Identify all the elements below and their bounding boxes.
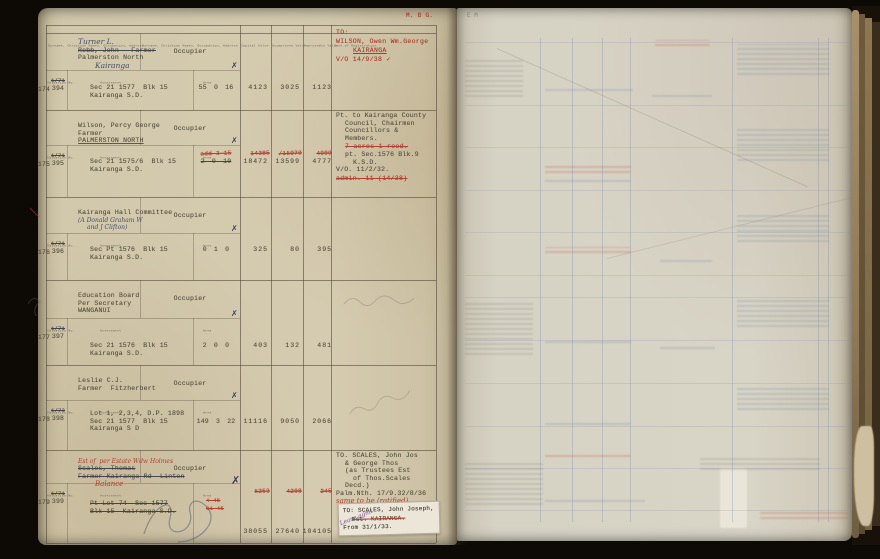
note-line: Palm.Nth. 17/9.32/8/36 [336, 490, 436, 498]
bleed-through-smudge [660, 345, 715, 352]
capital-value: 38055 [238, 528, 268, 536]
name-line: Farmer Kairanga Rd Linton [78, 473, 230, 481]
stamp-line: From 31/1/33. [343, 522, 437, 533]
unimproved-value: 3025 [270, 84, 300, 92]
note-line: admin. 11 (14/38) [336, 174, 436, 183]
bleed-hline [465, 190, 850, 191]
sub-header-label: Area [203, 319, 219, 337]
note-line: Decd.) [336, 482, 436, 490]
bleed-hline [465, 275, 850, 276]
bleed-through-smudge [545, 166, 631, 176]
note-line: V/O. 11/2/32. [336, 166, 436, 174]
description-line: Kairanga S.D. [90, 254, 168, 262]
bleed-through-smudge [652, 93, 712, 100]
name-line: Turner L. [78, 38, 230, 47]
occupation: Occupier [140, 48, 240, 56]
bleed-through-smudge [545, 338, 631, 346]
unimproved-value: 27640 [270, 528, 300, 536]
left-page: M. B G. Surname, Christian Names, Occupa… [38, 8, 457, 545]
capital-value: 11116 [238, 418, 268, 426]
improvements-value: 4777 [302, 158, 332, 166]
bleed-through-smudge [545, 452, 631, 460]
name-line: WANGANUI [78, 307, 230, 315]
capital-value: 403 [238, 342, 268, 350]
red-value-correction: 5253 [238, 486, 270, 496]
table-vline [240, 25, 241, 543]
improvements-value: 104105 [302, 528, 332, 536]
table-hline [46, 110, 436, 111]
pencil-note [342, 379, 426, 424]
name-line: Est of per Estate Wdw Holmes [78, 458, 230, 465]
occupation: Occupier [140, 295, 240, 303]
column-header-capital-value: Capital Value [241, 34, 272, 42]
bleed-through-smudge [545, 497, 645, 505]
sub-header-label: Area [203, 401, 219, 419]
description-line: Kairanga S D [90, 425, 184, 433]
note-line: & George Thos [336, 460, 436, 468]
cross-mark: ✗ [231, 474, 240, 487]
note-line: WILSON, Owen Wm.George [336, 37, 436, 46]
sub-header-label: Assessment [100, 319, 141, 337]
note-line: KAIRANGA [336, 46, 436, 55]
page-corner-mark-red: M. B G. [406, 11, 433, 20]
column-header-improvements-value: Improvemts Value [304, 34, 332, 42]
bleed-hline [465, 297, 850, 298]
improvements-value: 395 [302, 246, 332, 254]
red-value-correction: 4999 [302, 148, 332, 158]
area-value: 2 0 0 [193, 342, 239, 350]
note-line: K.S.D. [336, 159, 436, 167]
occupation: Occupier [140, 380, 240, 388]
torn-page-corner [854, 426, 874, 526]
note-line: TO: [336, 28, 436, 37]
photograph-background: M. B G. Surname, Christian Names, Occupa… [0, 0, 880, 559]
table-hline [46, 450, 436, 451]
table-vline [436, 25, 437, 543]
bleed-through-smudge [465, 60, 523, 100]
unimproved-value: 132 [270, 342, 300, 350]
capital-value: 4123 [238, 84, 268, 92]
note-line: TO. SCALES, John Jos [336, 452, 436, 460]
description-line: Kairanga S.D. [90, 350, 168, 358]
note-line: Council, Chairmen [336, 120, 436, 128]
area-value: 0 1 0 [193, 246, 239, 254]
note-block: Pt. to Kairanga CountyCouncil, ChairmenC… [336, 112, 436, 183]
cross-mark: ✗ [231, 224, 238, 233]
description-line: Pt Lot 74 Sec 1577 [90, 500, 176, 508]
sub-header-label: Valuation No. [47, 319, 100, 337]
description-block: Sec 21 1577 Blk 15Kairanga S.D. [90, 84, 168, 99]
red-value-correction: 14385 [238, 148, 270, 158]
name-line: and J Clifton) [78, 224, 230, 231]
bleed-through-smudge [737, 300, 829, 330]
bleed-vline [602, 38, 603, 522]
page-corner-mark-faint: E M [467, 12, 478, 19]
table-vline-area [193, 483, 194, 543]
description-line: Sec 21 1577 Blk 15 [90, 84, 168, 92]
area-red-correction: 01 45 [206, 504, 224, 513]
margin-marks [24, 200, 46, 330]
table-vline [46, 25, 47, 543]
name-line: Balance [78, 480, 230, 488]
bleed-through-smudge [700, 455, 820, 473]
description-line: Blk 15 Kairanga S.D. [90, 508, 176, 516]
unimproved-value: 9050 [270, 418, 300, 426]
table-hline [46, 280, 436, 281]
note-line: pt. Sec.1576 Blk.9 [336, 151, 436, 159]
table-vline-area [193, 233, 194, 280]
bleed-vline [572, 38, 573, 522]
name-line: PALMERSTON NORTH [78, 137, 230, 145]
note-line: Councillors & [336, 127, 436, 135]
note-line: (as Trustees Est [336, 467, 436, 475]
capital-value: 325 [238, 246, 268, 254]
occupation: Occupier [140, 125, 240, 133]
bleed-hline [465, 426, 850, 427]
red-value-correction: /15070 [270, 148, 302, 158]
pencil-note [340, 288, 430, 314]
red-value-correction: add 3 15 [193, 148, 239, 159]
bleed-vline [732, 38, 733, 522]
improvements-value: 481 [302, 342, 332, 350]
bleed-through-smudge [737, 385, 829, 413]
bleed-vline [818, 38, 819, 522]
bleed-hline [465, 383, 850, 384]
red-value-correction: 4208 [270, 486, 302, 496]
improvements-value: 2066 [302, 418, 332, 426]
cross-mark: ✗ [231, 309, 238, 318]
description-block: Sec 21 1575/6 Blk 15Kairanga S.D. [90, 158, 176, 173]
bleed-vline [540, 38, 541, 522]
bleed-through-smudge [760, 510, 848, 522]
table-hline [46, 197, 436, 198]
note-block: TO:WILSON, Owen Wm.GeorgeKAIRANGAV/O 14/… [336, 28, 436, 64]
bleed-through-smudge [545, 247, 631, 256]
description-line: Sec Pt 1576 Blk 15 [90, 246, 168, 254]
area-value: 2 0 10 [193, 158, 239, 166]
note-line: V/O 14/9/38 ✓ [336, 55, 436, 64]
description-block: Sec 21 1576 Blk 15Kairanga S.D. [90, 342, 168, 357]
right-page: E M [457, 8, 852, 541]
description-line: Sec 21 1577 Blk 15 [90, 418, 184, 426]
cross-mark: ✗ [231, 136, 238, 145]
note-line: Pt. to Kairanga County [336, 112, 436, 120]
bleed-through-smudge [660, 258, 712, 265]
table-vline [271, 25, 272, 543]
area-value: 149 3 22 [193, 418, 239, 426]
description-block: Pt Lot 74 Sec 1577Blk 15 Kairanga S.D. [90, 500, 176, 515]
red-value-correction: 245 [302, 486, 332, 496]
description-line: Kairanga S.D. [90, 92, 168, 100]
improvements-value: 1123 [302, 84, 332, 92]
bleed-through-smudge [737, 215, 829, 245]
name-block: Est of per Estate Wdw HolmesScales, Thom… [78, 458, 230, 488]
table-hline [46, 543, 436, 544]
occupation: Occupier [140, 212, 240, 220]
table-vline [331, 25, 332, 543]
bleed-through-smudge [465, 460, 543, 508]
cross-mark: ✗ [231, 391, 238, 400]
note-block: TO. SCALES, John Jos& George Thos(as Tru… [336, 452, 436, 505]
area-value: 55 0 16 [193, 84, 239, 92]
unimproved-value: 13599 [270, 158, 300, 166]
description-block: Sec Pt 1576 Blk 15Kairanga S.D. [90, 246, 168, 261]
unimproved-value: 80 [270, 246, 300, 254]
note-line: of Thos.Scales [336, 475, 436, 483]
bleed-through-smudge [465, 300, 533, 358]
column-header-unimproved-value: Unimproved Value [272, 34, 304, 42]
note-line: Members. [336, 135, 436, 143]
label-bleed-through [720, 468, 747, 528]
table-vline [303, 25, 304, 543]
description-block: Lot 1, 2,3,4, D.P. 1898Sec 21 1577 Blk 1… [90, 410, 184, 433]
page-stack [852, 6, 880, 545]
bleed-vline [850, 38, 851, 522]
table-hline [46, 365, 436, 366]
bleed-vline [828, 38, 829, 522]
transfer-stamp: TO: SCALES, John Joseph,Est. KAIRANGA.Fr… [338, 501, 441, 536]
note-line: 7 acres 1 rood. [336, 142, 436, 151]
description-line: Lot 1, 2,3,4, D.P. 1898 [90, 410, 184, 418]
bleed-through-smudge [545, 86, 633, 94]
bleed-through-smudge [737, 44, 829, 78]
bleed-through-smudge [655, 40, 710, 49]
name-line: Kairanga [78, 62, 230, 71]
description-line: Sec 21 1575/6 Blk 15 [90, 158, 176, 166]
table-hline [46, 25, 436, 26]
bleed-hline [465, 105, 850, 106]
description-line: Kairanga S.D. [90, 166, 176, 174]
description-line: Sec 21 1576 Blk 15 [90, 342, 168, 350]
capital-value: 18472 [238, 158, 268, 166]
bleed-vline [630, 38, 631, 522]
bleed-through-smudge [545, 178, 631, 185]
bleed-through-smudge [737, 128, 829, 164]
occupation: Occupier [140, 465, 240, 473]
bleed-through-smudge [545, 420, 631, 428]
cross-mark: ✗ [231, 61, 238, 70]
